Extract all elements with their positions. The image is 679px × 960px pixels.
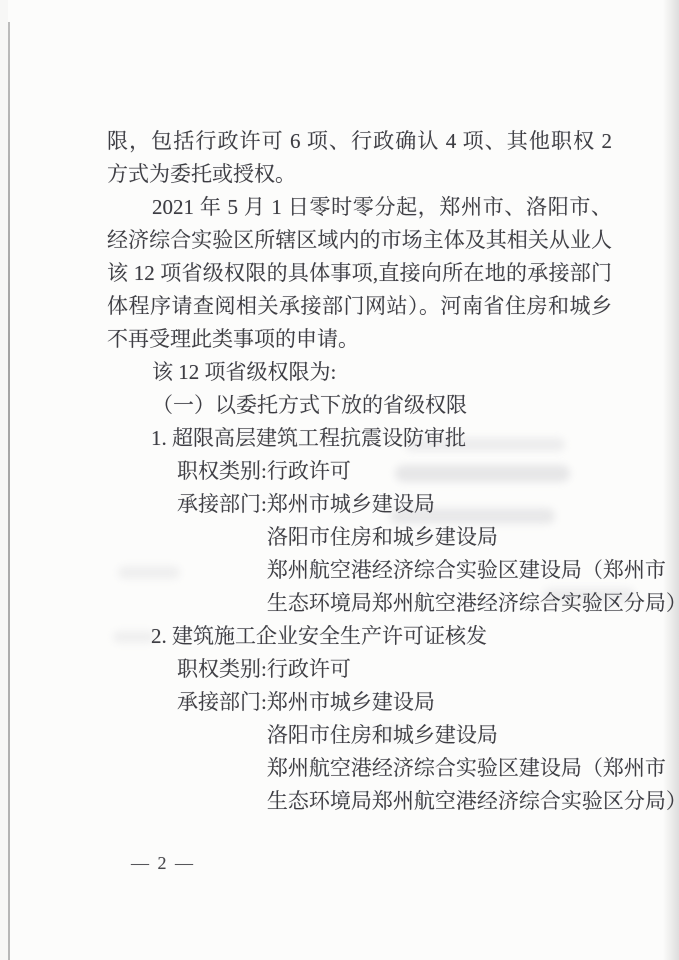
department-list: 郑州市城乡建设局 洛阳市住房和城乡建设局 郑州航空港经济综合实验区建设局（郑州市… [267, 488, 612, 620]
body-line: 2021 年 5 月 1 日零时零分起，郑州市、洛阳市、郑州航空港 [107, 191, 612, 224]
department-line: 洛阳市住房和城乡建设局 [267, 521, 612, 554]
department-label: 承接部门: [177, 686, 267, 818]
item-title: 1. 超限高层建筑工程抗震设防审批 [107, 422, 612, 455]
department-line: 洛阳市住房和城乡建设局 [267, 719, 612, 752]
category-row: 职权类别: 行政许可 [107, 653, 612, 686]
department-line: 郑州航空港经济综合实验区建设局（郑州市 [267, 752, 612, 785]
department-line: 郑州市城乡建设局 [267, 488, 612, 521]
department-list: 郑州市城乡建设局 洛阳市住房和城乡建设局 郑州航空港经济综合实验区建设局（郑州市… [267, 686, 612, 818]
page-number: — 2 — [131, 851, 195, 875]
department-label: 承接部门: [177, 488, 267, 620]
category-value: 行政许可 [267, 455, 612, 488]
category-row: 职权类别: 行政许可 [107, 455, 612, 488]
department-line: 郑州航空港经济综合实验区建设局（郑州市 [267, 554, 612, 587]
department-row: 承接部门: 郑州市城乡建设局 洛阳市住房和城乡建设局 郑州航空港经济综合实验区建… [107, 488, 612, 620]
document-body: 限，包括行政许可 6 项、行政确认 4 项、其他职权 2 项，下放 方式为委托或… [107, 125, 612, 818]
item-title: 2. 建筑施工企业安全生产许可证核发 [107, 620, 612, 653]
body-line: 限，包括行政许可 6 项、行政确认 4 项、其他职权 2 项，下放 [107, 125, 612, 158]
paper-edge-line [8, 22, 10, 960]
department-line: 生态环境局郑州航空港经济综合实验区分局） [267, 785, 612, 818]
body-line: 经济综合实验区所辖区域内的市场主体及其相关从业人员需办理 [107, 224, 612, 257]
section-heading: （一）以委托方式下放的省级权限 [107, 389, 612, 422]
department-row: 承接部门: 郑州市城乡建设局 洛阳市住房和城乡建设局 郑州航空港经济综合实验区建… [107, 686, 612, 818]
body-line: 不再受理此类事项的申请。 [107, 323, 612, 356]
body-line: 体程序请查阅相关承接部门网站）。河南省住房和城乡建设厅 [107, 290, 612, 323]
department-line: 郑州市城乡建设局 [267, 686, 612, 719]
category-value: 行政许可 [267, 653, 612, 686]
permission-item-1: 1. 超限高层建筑工程抗震设防审批 职权类别: 行政许可 承接部门: 郑州市城乡… [107, 422, 612, 620]
list-intro: 该 12 项省级权限为: [107, 356, 612, 389]
category-label: 职权类别: [177, 653, 267, 686]
department-line: 生态环境局郑州航空港经济综合实验区分局） [267, 587, 612, 620]
category-label: 职权类别: [177, 455, 267, 488]
scanned-document-page: 限，包括行政许可 6 项、行政确认 4 项、其他职权 2 项，下放 方式为委托或… [0, 0, 679, 960]
scan-shadow-right [663, 0, 679, 960]
body-line: 方式为委托或授权。 [107, 158, 612, 191]
permission-item-2: 2. 建筑施工企业安全生产许可证核发 职权类别: 行政许可 承接部门: 郑州市城… [107, 620, 612, 818]
body-line: 该 12 项省级权限的具体事项,直接向所在地的承接部门申请( 具 [107, 257, 612, 290]
scanner-bed-strip [0, 0, 8, 960]
